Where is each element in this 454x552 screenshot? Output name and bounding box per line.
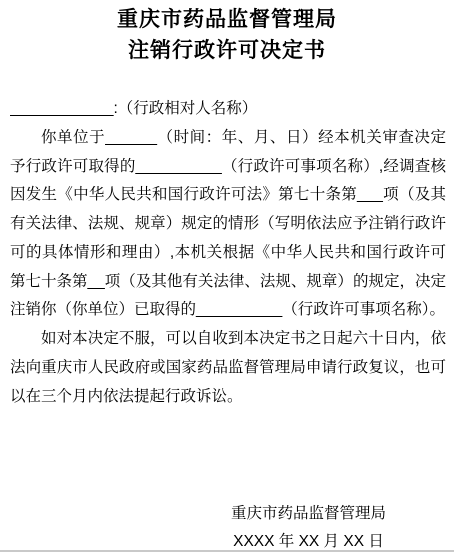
body-line: 有关法律、法规、规章）规定的情形（写明依法应予注销行政许 xyxy=(10,210,446,239)
document-body: ____________:（行政相对人名称） 你单位于______（时间：年、月… xyxy=(10,95,446,411)
signature-date: XXXX 年 XX 月 XX 日 xyxy=(231,528,386,552)
body-line: 以在三个月内依法提起行政诉讼。 xyxy=(10,383,446,412)
body-line: 你单位于______（时间：年、月、日）经本机关审查决定准 xyxy=(10,124,446,153)
document-page: 重庆市药品监督管理局 注销行政许可决定书 ____________:（行政相对人… xyxy=(0,0,454,552)
body-line: 注销你（你单位）已取得的__________（行政许可事项名称）。 xyxy=(10,296,446,325)
body-line: 第七十条第__项（及其他有关法律、法规、规章）的规定，决定 xyxy=(10,268,446,297)
body-line: 如对本决定不服，可以自收到本决定书之日起六十日内，依 xyxy=(10,325,446,354)
title-line-2: 注销行政许可决定书 xyxy=(0,35,454,66)
signature-block: 重庆市药品监督管理局 XXXX 年 XX 月 XX 日 xyxy=(231,500,386,552)
title-line-1: 重庆市药品监督管理局 xyxy=(0,4,454,35)
document-title: 重庆市药品监督管理局 注销行政许可决定书 xyxy=(0,0,454,66)
body-line: 法向重庆市人民政府或国家药品监督管理局申请行政复议，也可 xyxy=(10,354,446,383)
body-line: 因发生《中华人民共和国行政许可法》第七十条第___项（及其他 xyxy=(10,181,446,210)
body-line-addressee: ____________:（行政相对人名称） xyxy=(10,95,446,124)
body-line: 可的具体情形和理由）,本机关根据《中华人民共和国行政许可法》 xyxy=(10,239,446,268)
signature-agency: 重庆市药品监督管理局 xyxy=(231,500,386,528)
body-line: 予行政许可取得的__________（行政许可事项名称）,经调查核实， xyxy=(10,153,446,182)
